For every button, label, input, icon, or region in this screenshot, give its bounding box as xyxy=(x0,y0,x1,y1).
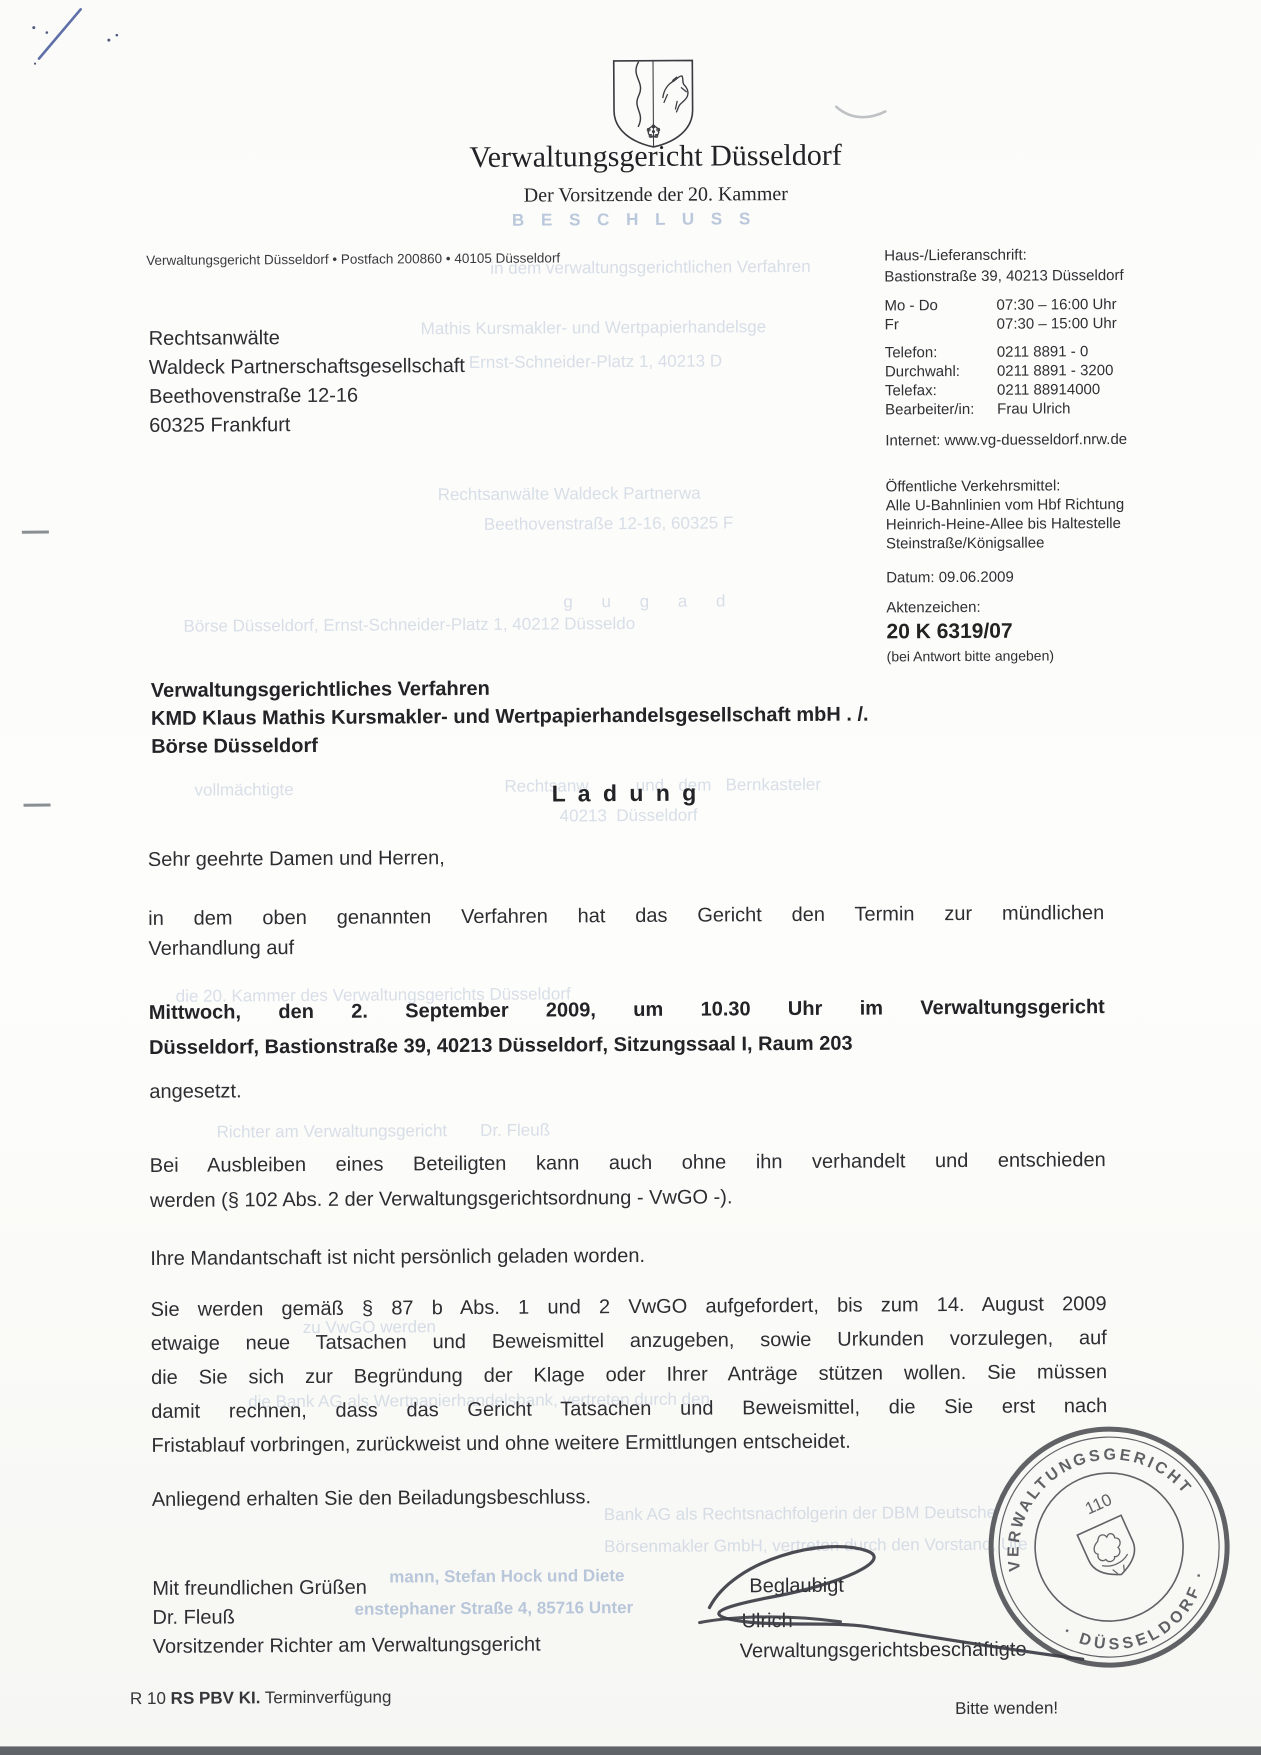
court-info-column: Haus-/Lieferanschrift: Bastionstraße 39,… xyxy=(884,245,1187,667)
file-reference-label: Aktenzeichen: xyxy=(886,597,1186,619)
contact-row: Telefax:0211 88914000 xyxy=(885,380,1185,401)
paragraph-line: Fristablauf vorbringen, zurückweist und … xyxy=(151,1423,1107,1463)
signature-block: Mit freundlichen Grüßen Dr. Fleuß Vorsit… xyxy=(152,1573,540,1662)
nrw-coat-of-arms xyxy=(607,58,700,151)
office-hours-row: Mo - Do07:30 – 16:00 Uhr xyxy=(884,295,1184,316)
signer-name: Dr. Fleuß xyxy=(152,1602,540,1633)
bleedthrough-text: Ernst-Schneider-Platz 1, 40213 D xyxy=(469,351,722,373)
transport-line: Heinrich-Heine-Allee bis Haltestelle xyxy=(886,514,1186,535)
office-hours-row: Fr07:30 – 15:00 Uhr xyxy=(885,314,1185,335)
fold-mark-bottom xyxy=(24,804,51,807)
footer-code-bold: RS PBV KI. xyxy=(171,1688,261,1708)
footer-code-suffix: Terminverfügung xyxy=(260,1687,391,1707)
delivery-address: Bastionstraße 39, 40213 Düsseldorf xyxy=(884,265,1184,289)
public-transport-info: Öffentliche Verkehrsmittel:Alle U-Bahnli… xyxy=(886,476,1186,554)
paragraph-line: in dem oben genannten Verfahren hat das … xyxy=(148,898,1104,934)
paragraph-line: Sie werden gemäß § 87 b Abs. 1 und 2 VwG… xyxy=(151,1287,1107,1327)
paragraph-line: werden (§ 102 Abs. 2 der Verwaltungsgeri… xyxy=(150,1178,1106,1219)
bleedthrough-text: Rechtsanwälte Waldeck Partnerwa xyxy=(438,484,701,506)
paragraph-line: etwaige neue Tatsachen und Beweismittel … xyxy=(151,1321,1107,1361)
contact-row: Telefon:0211 8891 - 0 xyxy=(885,342,1185,363)
paragraph-line: Verhandlung auf xyxy=(148,928,1104,964)
closing-formula: Mit freundlichen Grüßen xyxy=(152,1573,540,1604)
internet-line: Internet: www.vg-duesseldorf.nrw.de xyxy=(885,430,1185,452)
file-reference-number: 20 K 6319/07 xyxy=(886,617,1186,647)
bleedthrough-text: Beethovenstraße 12-16, 60325 F xyxy=(484,513,734,535)
paragraph-line: die Sie sich zur Begründung der Klage od… xyxy=(151,1355,1107,1395)
paragraph-line: Düsseldorf, Bastionstraße 39, 40213 Düss… xyxy=(149,1025,1105,1066)
recipient-line: Beethovenstraße 12-16 xyxy=(149,381,465,412)
transport-line: Steinstraße/Königsallee xyxy=(886,533,1186,554)
paragraph-angesetzt: angesetzt. xyxy=(149,1080,241,1104)
recipient-line: Rechtsanwälte xyxy=(149,323,465,354)
paragraph-absence-notice: Bei Ausbleiben eines Beteiligten kann au… xyxy=(150,1143,1106,1219)
paragraph-line: Bei Ausbleiben eines Beteiligten kann au… xyxy=(150,1143,1106,1184)
paragraph-intro: in dem oben genannten Verfahren hat das … xyxy=(148,898,1104,964)
bleedthrough-text: B E S C H L U S S xyxy=(512,209,756,230)
bleedthrough-text: g u g a d xyxy=(563,591,737,612)
bleedthrough-text: Börse Düsseldorf, Ernst-Schneider-Platz … xyxy=(183,614,635,637)
recipient-line: 60325 Frankfurt xyxy=(149,410,465,441)
chamber-line: Der Vorsitzende der 20. Kammer xyxy=(356,182,956,209)
footer-form-code: R 10 RS PBV KI. Terminverfügung xyxy=(130,1687,392,1709)
paragraph-hearing-appointment: Mittwoch, den 2. September 2009, um 10.3… xyxy=(149,990,1105,1066)
bleedthrough-text: 40213 Düsseldorf xyxy=(560,806,698,827)
paragraph-client-notice: Ihre Mandantschaft ist nicht persönlich … xyxy=(150,1245,645,1271)
office-hours: Mo - Do07:30 – 16:00 UhrFr07:30 – 15:00 … xyxy=(884,295,1184,335)
recipient-line: Waldeck Partnerschaftsgesellschaft xyxy=(149,352,465,383)
transport-line: Alle U-Bahnlinien vom Hbf Richtung xyxy=(886,495,1186,516)
signer-title: Vorsitzender Richter am Verwaltungsgeric… xyxy=(153,1631,541,1662)
delivery-address-label: Haus-/Lieferanschrift: xyxy=(884,245,1184,267)
scanner-edge-strip xyxy=(0,1747,1261,1755)
fold-mark-top xyxy=(22,531,49,534)
scanned-letter-page: B E S C H L U S Sin dem verwaltungsgeric… xyxy=(0,0,1261,1755)
paragraph-enclosure: Anliegend erhalten Sie den Beiladungsbes… xyxy=(152,1486,591,1512)
stamp-number: 110 xyxy=(1082,1490,1115,1518)
bleedthrough-text: Richter am Verwaltungsgericht Dr. Fleuß xyxy=(216,1120,550,1142)
footer-code-prefix: R 10 xyxy=(130,1689,171,1708)
file-reference-note: (bei Antwort bitte angeben) xyxy=(887,645,1187,667)
court-name: Verwaltungsgericht Düsseldorf xyxy=(355,138,955,176)
contact-rows: Telefon:0211 8891 - 0Durchwahl:0211 8891… xyxy=(885,342,1185,420)
letter-date: Datum: 09.06.2009 xyxy=(886,567,1186,589)
paragraph-line: damit rechnen, dass das Gericht Tatsache… xyxy=(151,1389,1107,1429)
pen-mark xyxy=(13,5,153,76)
contact-row: Durchwahl:0211 8891 - 3200 xyxy=(885,361,1185,382)
paragraph-line: Mittwoch, den 2. September 2009, um 10.3… xyxy=(149,990,1105,1031)
sender-return-address: Verwaltungsgericht Düsseldorf • Postfach… xyxy=(146,250,560,268)
scan-artifact-swoosh xyxy=(833,102,893,128)
transport-line: Öffentliche Verkehrsmittel: xyxy=(886,476,1186,497)
paragraph-deadline-87b: Sie werden gemäß § 87 b Abs. 1 und 2 VwG… xyxy=(151,1287,1108,1463)
recipient-address: RechtsanwälteWaldeck Partnerschaftsgesel… xyxy=(149,323,466,441)
contact-row: Bearbeiter/in:Frau Ulrich xyxy=(885,399,1185,420)
bleedthrough-text: Mathis Kursmakler- und Wertpapierhandels… xyxy=(421,317,767,339)
case-subject: Verwaltungsgerichtliches VerfahrenKMD Kl… xyxy=(151,671,1141,761)
salutation: Sehr geehrte Damen und Herren, xyxy=(148,847,445,872)
handwritten-signature xyxy=(624,1517,1125,1680)
